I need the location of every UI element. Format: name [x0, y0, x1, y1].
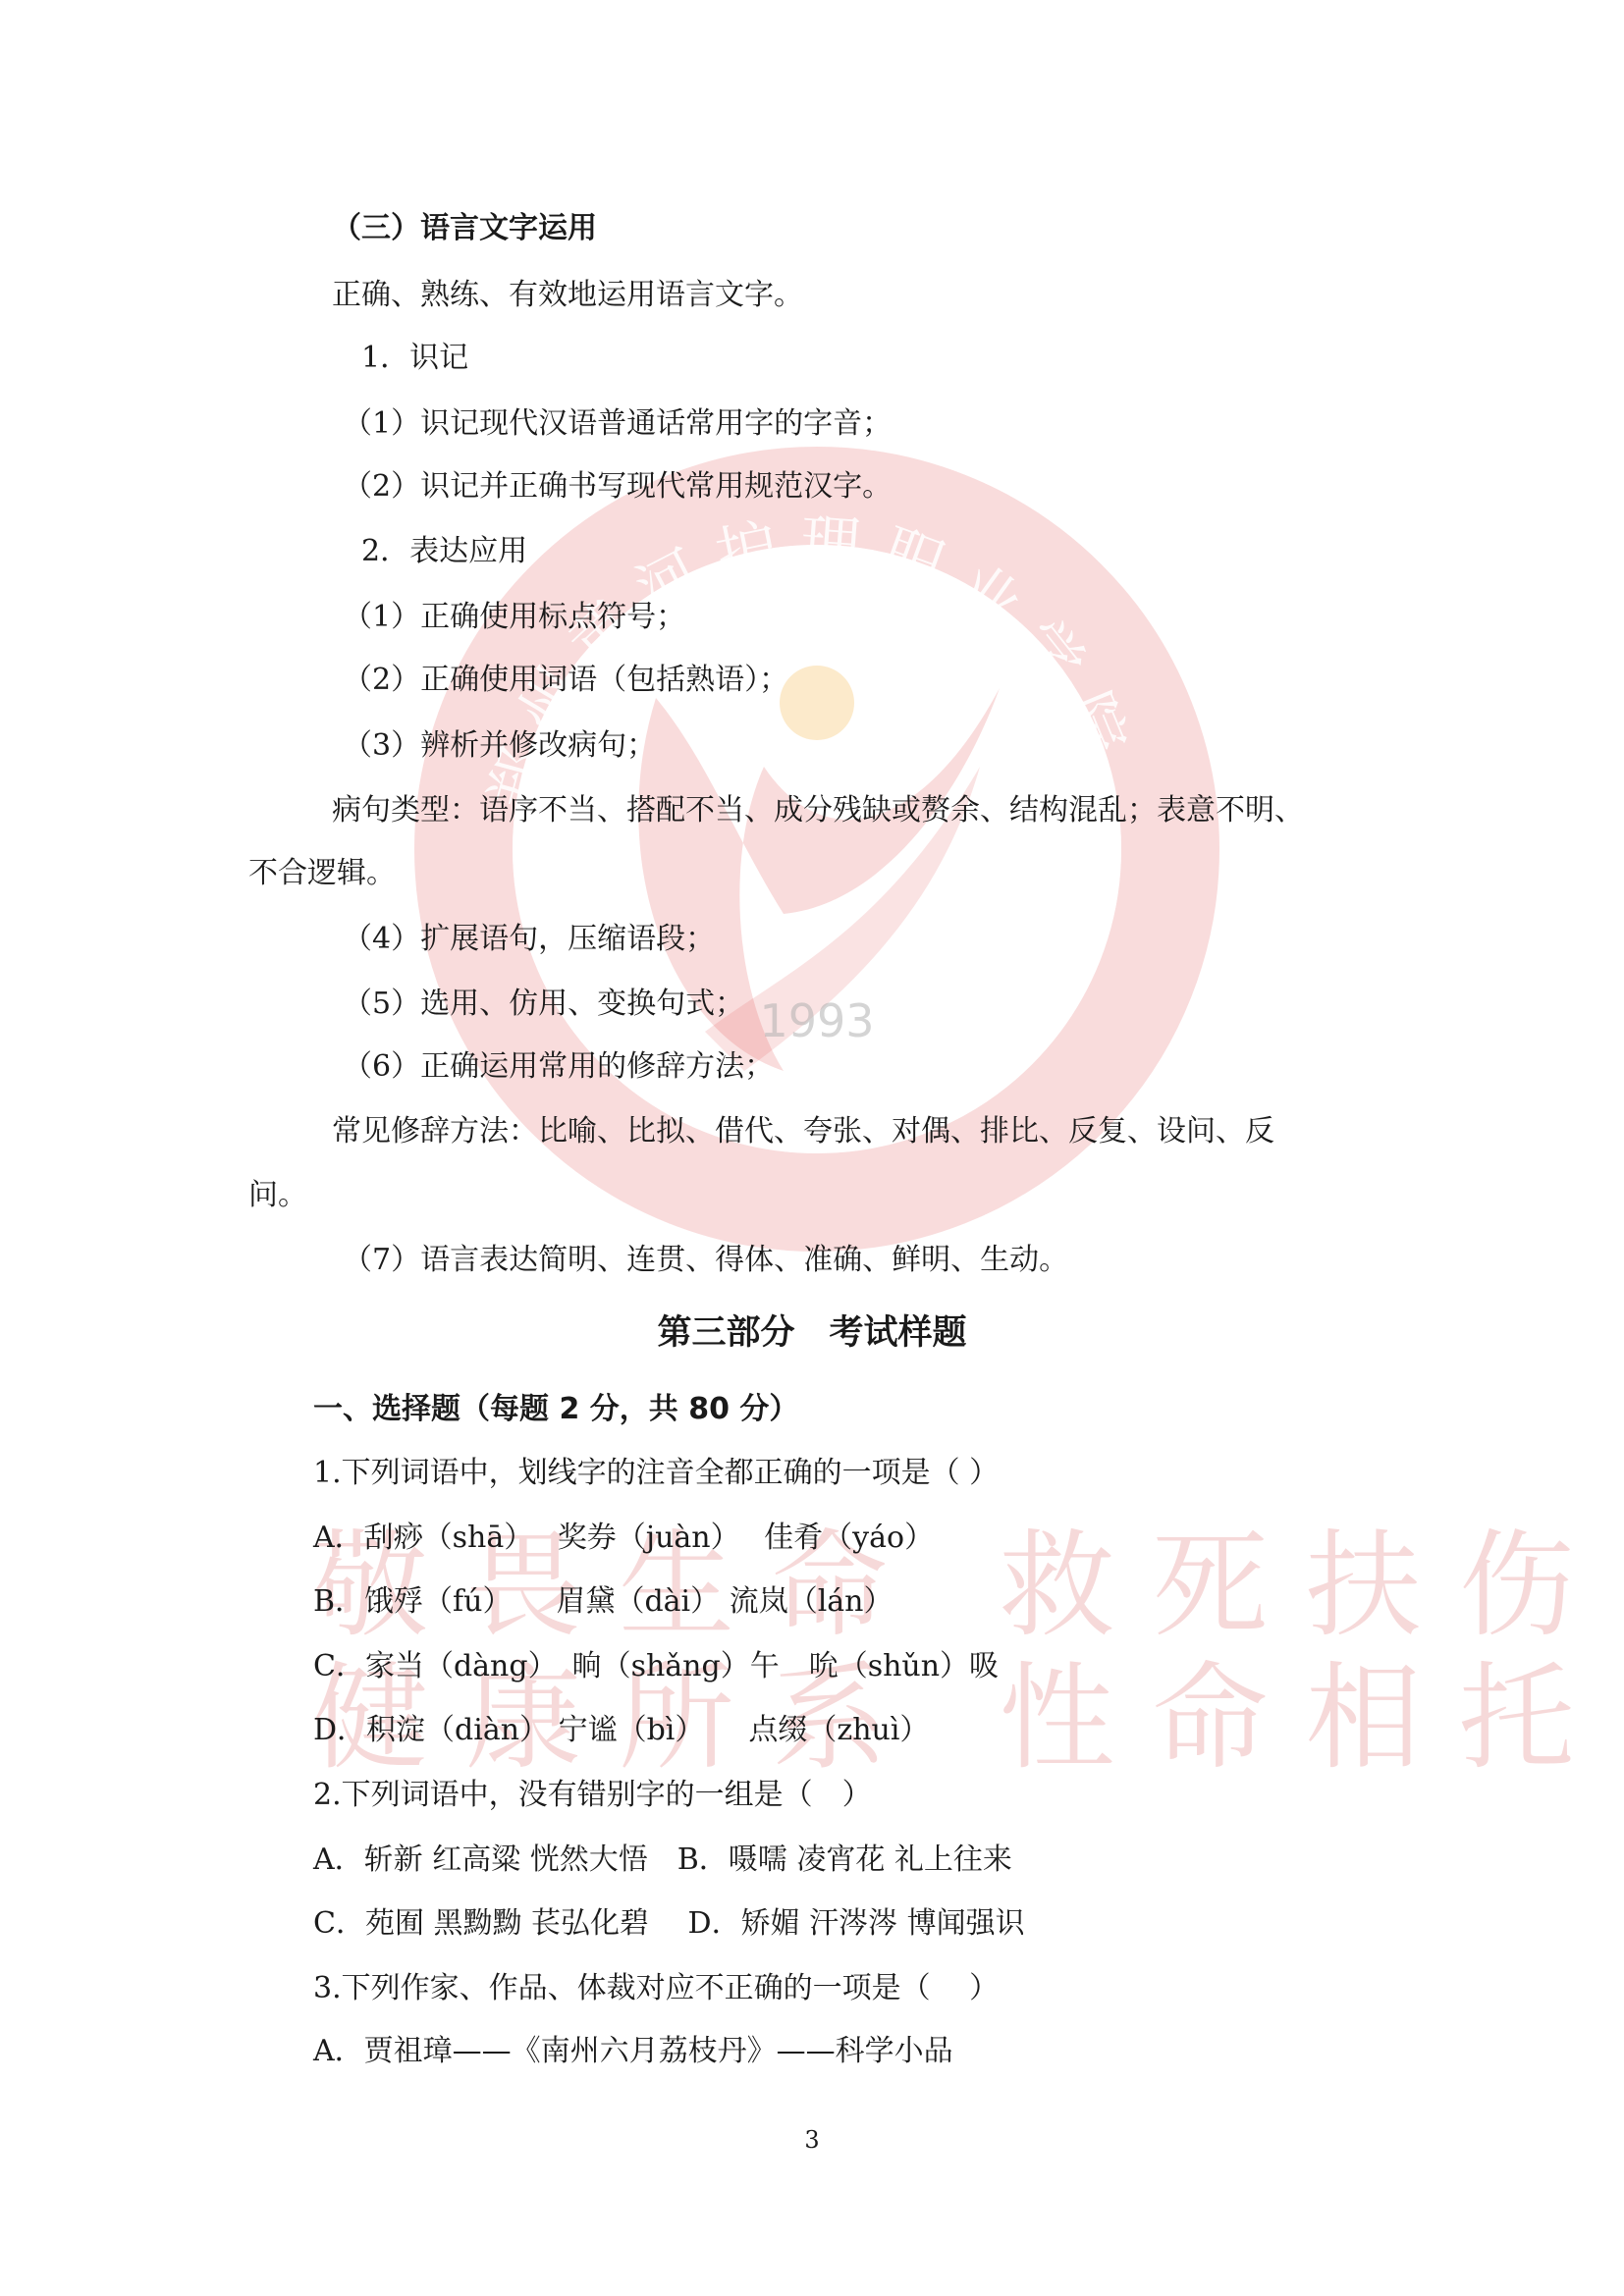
note-sentence-types-cont: 不合逻辑。 [248, 854, 396, 893]
part-title: 第三部分 考试样题 [0, 1313, 1624, 1353]
question-stem: 3.下列作家、作品、体裁对应不正确的一项是（ ） [313, 1969, 999, 2008]
slogan-watermark-1: 敬畏生命 救死扶伤 [312, 1492, 1612, 1659]
note-rhetoric-cont: 问。 [248, 1176, 307, 1215]
question-option: C．家当（dàng） 晌（shǎng）午 吮（shǔn）吸 [313, 1647, 999, 1686]
page-number: 3 [0, 2120, 1624, 2160]
question-stem: 1.下列词语中，划线字的注音全都正确的一项是（ ） [313, 1454, 999, 1493]
question-option: A．贾祖璋——《南州六月荔枝丹》——科学小品 [313, 2032, 953, 2071]
section-intro: 正确、熟练、有效地运用语言文字。 [332, 276, 803, 315]
question-option: C．苑囿 黑黝黝 苌弘化碧 D．矫媚 汗涔涔 博闻强识 [313, 1904, 1025, 1944]
question-stem: 2.下列词语中，没有错别字的一组是（ ） [313, 1776, 872, 1815]
list-item: （4）扩展语句，压缩语段； [343, 920, 715, 959]
question-option: B．饿殍（fú） 眉黛（dài） 流岚（lán） [313, 1582, 893, 1622]
list-item: （2）识记并正确书写现代常用规范汉字。 [343, 467, 892, 507]
list-item: （7）语言表达简明、连贯、得体、准确、鲜明、生动。 [343, 1241, 1068, 1280]
question-option: D．积淀（diàn） 宁谧（bì） 点缀（zhuì） [313, 1711, 929, 1750]
question-section-heading: 一、选择题（每题 2 分，共 80 分） [313, 1390, 798, 1429]
list-item: （5）选用、仿用、变换句式； [343, 985, 744, 1024]
subsection-title-memorize: 1．识记 [361, 339, 468, 378]
list-item: （2）正确使用词语（包括熟语）； [343, 661, 788, 700]
list-item: （1）正确使用标点符号； [343, 598, 685, 637]
note-rhetoric: 常见修辞方法：比喻、比拟、借代、夸张、对偶、排比、反复、设问、反 [332, 1112, 1274, 1151]
list-item: （6）正确运用常用的修辞方法； [343, 1047, 774, 1087]
question-option: A．斩新 红高粱 恍然大悟 B．嗫嚅 凌宵花 礼上往来 [313, 1841, 1012, 1880]
list-item: （3）辨析并修改病句； [343, 726, 656, 766]
question-option: A．刮痧（shā） 奖券（juàn） 佳肴（yáo） [313, 1519, 934, 1558]
note-sentence-types: 病句类型：语序不当、搭配不当、成分残缺或赘余、结构混乱；表意不明、 [332, 791, 1304, 830]
svg-text:1993: 1993 [759, 994, 874, 1047]
list-item: （1）识记现代汉语普通话常用字的字音； [343, 404, 892, 444]
subsection-title-expression: 2．表达应用 [361, 532, 527, 571]
section-heading: （三）语言文字运用 [332, 209, 597, 248]
